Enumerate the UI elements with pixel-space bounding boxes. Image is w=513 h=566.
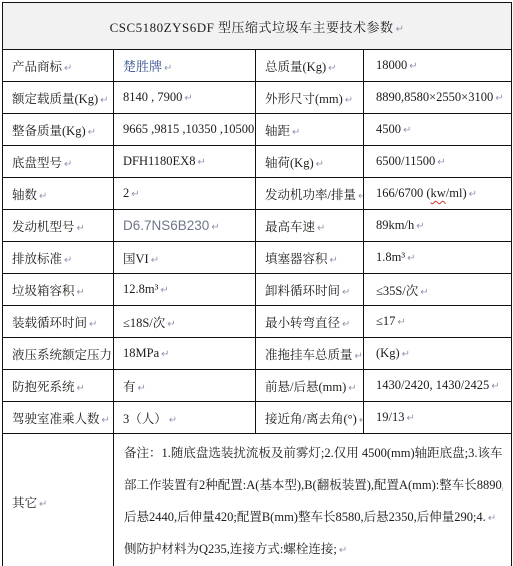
spec-value: ≤18S/次↵ [114,306,256,338]
eol-mark: ↵ [292,127,300,138]
eol-mark: ↵ [317,223,325,234]
spec-row: 垃圾箱容积↵12.8m³↵卸料循环时间↵≤35S/次↵ [3,274,512,306]
spec-label: 驾驶室准乘人数↵ [3,402,114,434]
spec-value: 1.8m³↵ [364,242,512,274]
eol-mark: ↵ [330,255,338,266]
spec-value: 楚胜牌↵ [114,50,256,82]
eol-mark: ↵ [437,157,445,168]
eol-mark: ↵ [396,24,405,35]
spec-value: 18000↵ [364,50,512,82]
eol-mark: ↵ [355,351,363,362]
eol-mark: ↵ [39,191,47,202]
spec-label: 卸料循环时间↵ [256,274,364,306]
eol-mark: ↵ [339,545,347,556]
spec-label: 轴数↵ [3,178,114,210]
table-title-cell: CSC5180ZYS6DF 型压缩式垃圾车主要技术参数↵ [3,3,512,50]
spec-label: 最小转弯直径↵ [256,306,364,338]
spec-label: 轴荷(Kg)↵ [256,146,364,178]
spec-row: 整备质量(Kg)↵9665 ,9815 ,10350 ,10500↵轴距↵450… [3,114,512,146]
spec-value: 12.8m³↵ [114,274,256,306]
other-row: 其它↵ 备注：1.随底盘选装扰流板及前雾灯;2.仅用 4500(mm)轴距底盘;… [3,434,512,566]
eol-mark: ↵ [64,159,72,170]
eol-mark: ↵ [164,63,172,74]
spec-value: 6500/11500↵ [364,146,512,178]
eol-mark: ↵ [184,93,192,104]
spec-row: 装载循环时间↵≤18S/次↵最小转弯直径↵≤17↵ [3,306,512,338]
spec-value: 89km/h↵ [364,210,512,242]
spec-value: 有↵ [114,370,256,402]
eol-mark: ↵ [359,415,364,426]
eol-mark: ↵ [406,413,414,424]
spec-value: DFH1180EX8↵ [114,146,256,178]
eol-mark: ↵ [358,191,364,202]
spec-label: 液压系统额定压力↵ [3,338,114,370]
eol-mark: ↵ [403,125,411,136]
spec-value: 8140 , 7900↵ [114,82,256,114]
eol-mark: ↵ [495,93,503,104]
eol-mark: ↵ [348,383,356,394]
spec-row: 发动机型号↵D6.7NS6B230↵最高车速↵89km/h↵ [3,210,512,242]
eol-mark: ↵ [102,415,110,426]
spec-label: 防抱死系统↵ [3,370,114,402]
eol-mark: ↵ [77,383,85,394]
spec-value: 9665 ,9815 ,10350 ,10500↵ [114,114,256,146]
spec-table: CSC5180ZYS6DF 型压缩式垃圾车主要技术参数↵ 产品商标↵楚胜牌↵总质… [2,2,512,566]
spec-label: 排放标准↵ [3,242,114,274]
remark-line: 部工作装置有2种配置:A(基本型),B(翻板装置),配置A(mm):整车长889… [124,470,503,502]
eol-mark: ↵ [131,189,139,200]
eol-mark: ↵ [197,157,205,168]
eol-mark: ↵ [167,319,175,330]
spec-value: 18MPa↵ [114,338,256,370]
eol-mark: ↵ [151,255,159,266]
spec-row: 防抱死系统↵有↵前悬/后悬(mm)↵1430/2420, 1430/2425↵ [3,370,512,402]
eol-mark: ↵ [469,189,477,200]
spec-label: 装载循环时间↵ [3,306,114,338]
eol-mark: ↵ [77,287,85,298]
eol-mark: ↵ [345,95,353,106]
spec-label: 填塞器容积↵ [256,242,364,274]
eol-mark: ↵ [211,222,219,233]
spec-label: 前悬/后悬(mm)↵ [256,370,364,402]
eol-mark: ↵ [89,319,97,330]
eol-mark: ↵ [488,513,496,524]
spec-label: 准拖挂车总质量↵ [256,338,364,370]
spec-value: 166/6700 (kw/ml)↵ [364,178,512,210]
spec-label: 发动机型号↵ [3,210,114,242]
spec-label: 总质量(Kg)↵ [256,50,364,82]
spec-value: 3（人）↵ [114,402,256,434]
spec-label: 外形尺寸(mm)↵ [256,82,364,114]
spec-row: 液压系统额定压力↵18MPa↵准拖挂车总质量↵(Kg)↵ [3,338,512,370]
remark-cell: 备注：1.随底盘选装扰流板及前雾灯;2.仅用 4500(mm)轴距底盘;3.该车… [114,434,512,566]
eol-mark: ↵ [88,127,96,138]
spec-row: 轴数↵2↵发动机功率/排量↵166/6700 (kw/ml)↵ [3,178,512,210]
page-title: CSC5180ZYS6DF 型压缩式垃圾车主要技术参数 [110,20,394,35]
spec-label: 产品商标↵ [3,50,114,82]
eol-mark: ↵ [138,383,146,394]
eol-mark: ↵ [409,61,417,72]
spec-label: 额定载质量(Kg)↵ [3,82,114,114]
spec-label: 接近角/离去角(°)↵ [256,402,364,434]
eol-mark: ↵ [420,287,428,298]
remark-line: 侧防护材料为Q235,连接方式:螺栓连接;↵ [124,534,503,566]
eol-mark: ↵ [100,95,108,106]
spec-value: 8890,8580×2550×3100↵ [364,82,512,114]
spec-label: 最高车速↵ [256,210,364,242]
eol-mark: ↵ [161,349,169,360]
eol-mark: ↵ [407,253,415,264]
eol-mark: ↵ [402,349,410,360]
eol-mark: ↵ [39,499,47,510]
spec-label: 整备质量(Kg)↵ [3,114,114,146]
eol-mark: ↵ [160,285,168,296]
other-label-text: 其它 [12,496,37,510]
spec-label: 底盘型号↵ [3,146,114,178]
eol-mark: ↵ [328,63,336,74]
document-page: { "title": "CSC5180ZYS6DF 型压缩式垃圾车主要技术参数"… [0,0,513,566]
spec-value: ≤17↵ [364,306,512,338]
remark-line: 备注：1.随底盘选装扰流板及前雾灯;2.仅用 4500(mm)轴距底盘;3.该车… [124,438,503,470]
eol-mark: ↵ [491,381,499,392]
eol-mark: ↵ [77,223,85,234]
spec-label: 垃圾箱容积↵ [3,274,114,306]
spec-label: 轴距↵ [256,114,364,146]
eol-mark: ↵ [169,415,177,426]
eol-mark: ↵ [316,159,324,170]
spellcheck-underline: kw [431,186,446,200]
spec-value: 4500↵ [364,114,512,146]
spec-value: ≤35S/次↵ [364,274,512,306]
spec-value: 1430/2420, 1430/2425↵ [364,370,512,402]
title-row: CSC5180ZYS6DF 型压缩式垃圾车主要技术参数↵ [3,3,512,50]
spec-value: D6.7NS6B230↵ [114,210,256,242]
eol-mark: ↵ [416,221,424,232]
spec-label: 发动机功率/排量↵ [256,178,364,210]
eol-mark: ↵ [397,317,405,328]
spec-row: 驾驶室准乘人数↵3（人）↵接近角/离去角(°)↵19/13↵ [3,402,512,434]
eol-mark: ↵ [342,319,350,330]
spec-row: 额定载质量(Kg)↵8140 , 7900↵外形尺寸(mm)↵8890,8580… [3,82,512,114]
spec-value: 2↵ [114,178,256,210]
spec-value: 国VI↵ [114,242,256,274]
spec-value: (Kg)↵ [364,338,512,370]
spec-row: 排放标准↵国VI↵填塞器容积↵1.8m³↵ [3,242,512,274]
eol-mark: ↵ [342,287,350,298]
spec-value: 19/13↵ [364,402,512,434]
eol-mark: ↵ [64,255,72,266]
spec-row: 产品商标↵楚胜牌↵总质量(Kg)↵18000↵ [3,50,512,82]
eol-mark: ↵ [64,63,72,74]
spec-row: 底盘型号↵DFH1180EX8↵轴荷(Kg)↵6500/11500↵ [3,146,512,178]
remark-line: 后悬2440,后伸量420;配置B(mm)整车长8580,后悬2350,后伸量2… [124,502,503,534]
spec-label-other: 其它↵ [3,434,114,566]
